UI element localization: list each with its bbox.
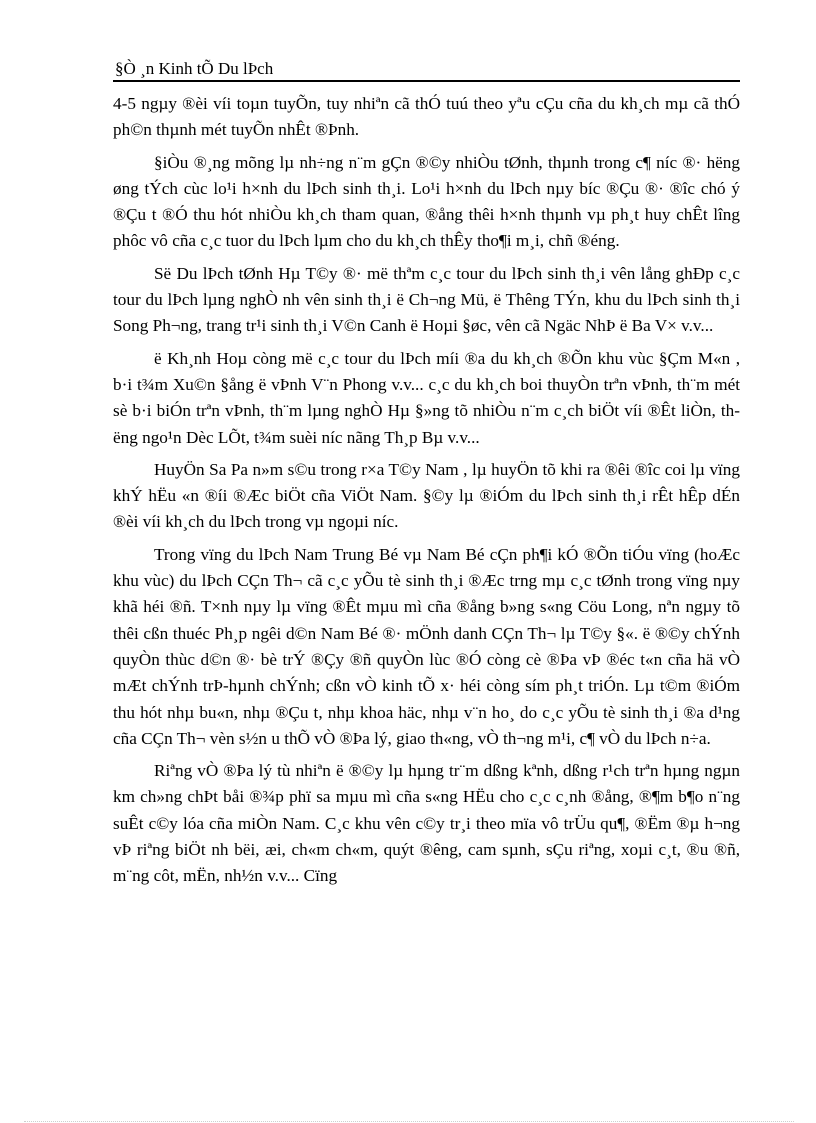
running-header: §Ò ¸n Kinh tÕ Du lÞch <box>113 56 740 82</box>
paragraph: Riªng vÒ ®Þa lý tù nhiªn ë ®©y lµ hµng t… <box>113 758 740 889</box>
header-title: §Ò ¸n Kinh tÕ Du lÞch <box>115 59 273 79</box>
document-page: §Ò ¸n Kinh tÕ Du lÞch 4-5 ngµy ®èi víi t… <box>0 0 816 1123</box>
paragraph: 4-5 ngµy ®èi víi toµn tuyÕn, tuy nhiªn c… <box>113 91 740 144</box>
body-text: 4-5 ngµy ®èi víi toµn tuyÕn, tuy nhiªn c… <box>113 91 740 896</box>
paragraph: Trong vïng du lÞch Nam Trung Bé vµ Nam B… <box>113 542 740 752</box>
paragraph: Së Du lÞch tØnh Hµ T©y ®· më thªm c¸c to… <box>113 261 740 340</box>
paragraph: ë Kh¸nh Hoµ còng më c¸c tour du lÞch míi… <box>113 346 740 451</box>
paragraph: HuyÖn Sa Pa n»m s©u trong r×a T©y Nam , … <box>113 457 740 536</box>
paragraph: §iÒu ®¸ng mõng lµ nh÷ng n¨m gÇn ®©y nhiÒ… <box>113 150 740 255</box>
